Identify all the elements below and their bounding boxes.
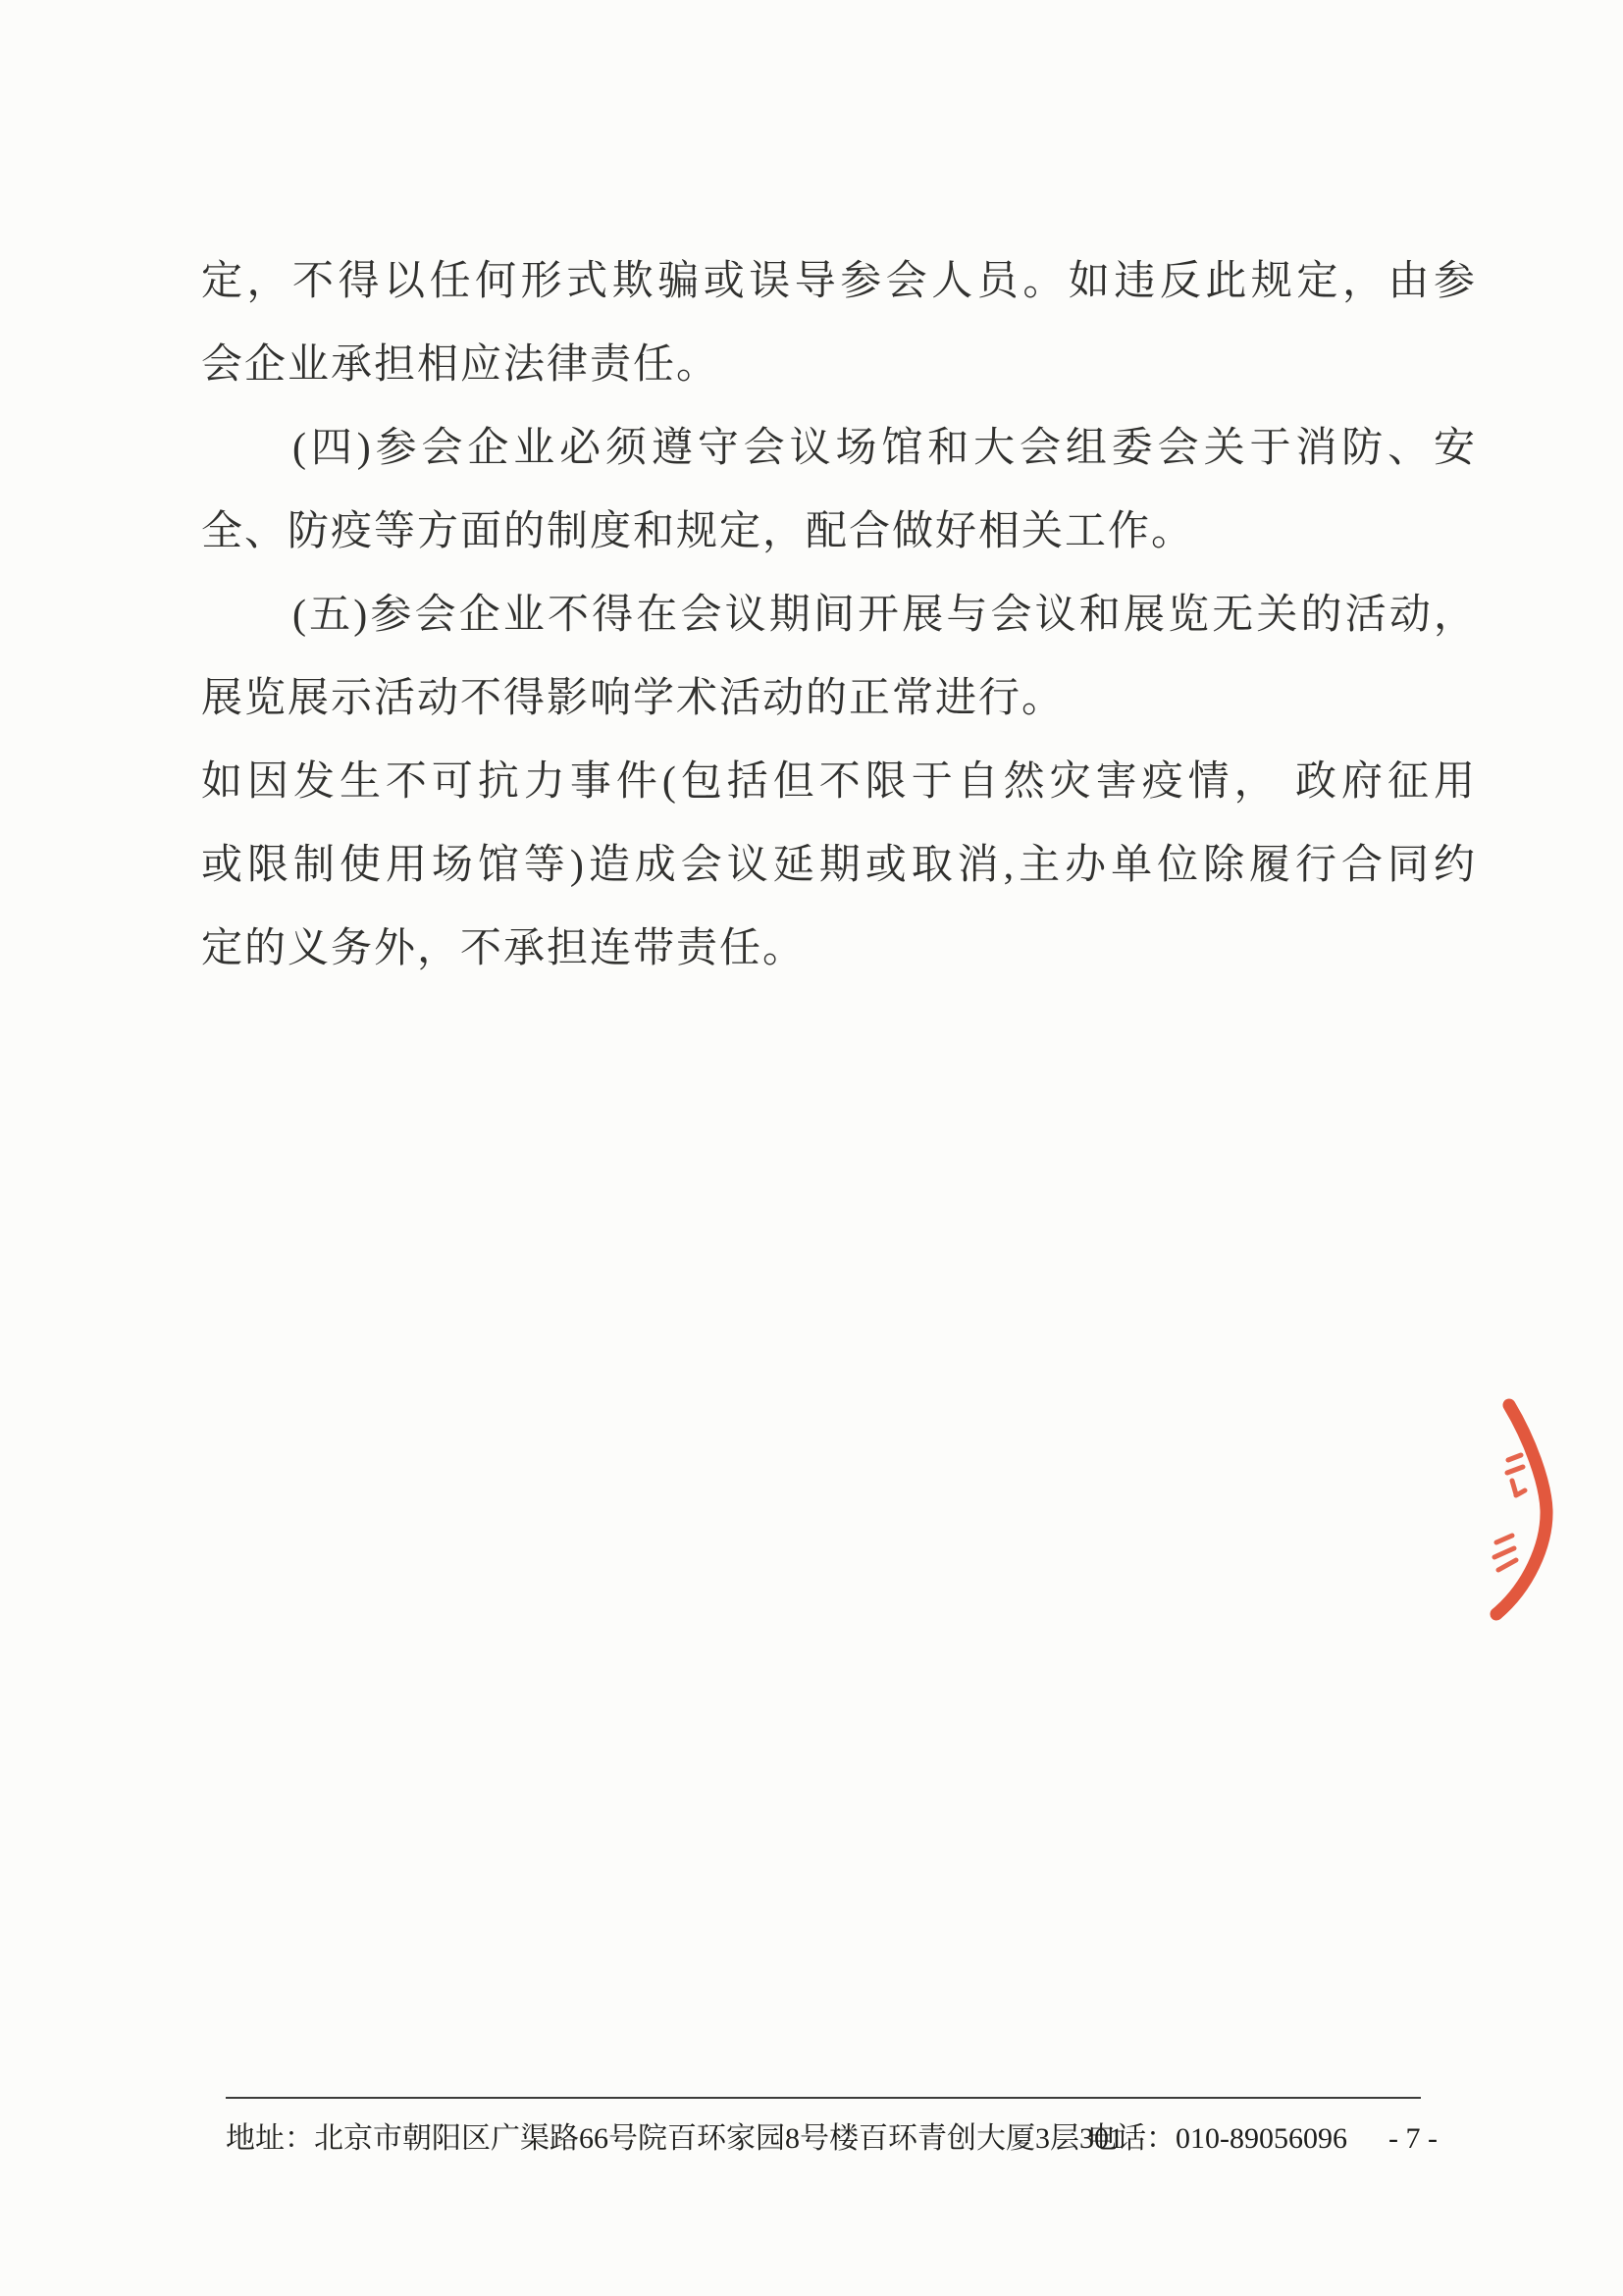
- page-number: - 7 -: [1388, 2119, 1438, 2159]
- red-seal-stamp-icon: [1477, 1398, 1565, 1622]
- body-line-5: (五)参会企业不得在会议期间开展与会议和展览无关的活动，: [201, 574, 1477, 657]
- footer-phone: 电话：010-89056096: [1087, 2119, 1347, 2159]
- body-line-7: 如因发生不可抗力事件(包括但不限于自然灾害疫情， 政府征用: [201, 741, 1477, 824]
- footer-phone-label: 电话：: [1087, 2122, 1176, 2155]
- body-line-6: 展览展示活动不得影响学术活动的正常进行。: [201, 657, 1477, 741]
- document-body: 定，不得以任何形式欺骗或误导参会人员。如违反此规定，由参 会企业承担相应法律责任…: [201, 240, 1477, 991]
- body-line-3: (四)参会企业必须遵守会议场馆和大会组委会关于消防、安: [201, 407, 1477, 491]
- footer-address: 地址：北京市朝阳区广渠路66号院百环家园8号楼百环青创大厦3层301: [226, 2119, 1124, 2159]
- footer-address-label: 地址：: [226, 2122, 314, 2155]
- body-line-1: 定，不得以任何形式欺骗或误导参会人员。如违反此规定，由参: [201, 240, 1477, 324]
- document-page: 定，不得以任何形式欺骗或误导参会人员。如违反此规定，由参 会企业承担相应法律责任…: [0, 0, 1623, 2296]
- body-line-4: 全、防疫等方面的制度和规定，配合做好相关工作。: [201, 491, 1477, 574]
- body-line-2: 会企业承担相应法律责任。: [201, 324, 1477, 407]
- footer-address-value: 北京市朝阳区广渠路66号院百环家园8号楼百环青创大厦3层301: [314, 2122, 1124, 2155]
- footer-divider: [226, 2097, 1421, 2099]
- footer-phone-value: 010-89056096: [1176, 2122, 1347, 2155]
- body-line-9: 定的义务外，不承担连带责任。: [201, 908, 1477, 991]
- body-line-8: 或限制使用场馆等)造成会议延期或取消,主办单位除履行合同约: [201, 824, 1477, 908]
